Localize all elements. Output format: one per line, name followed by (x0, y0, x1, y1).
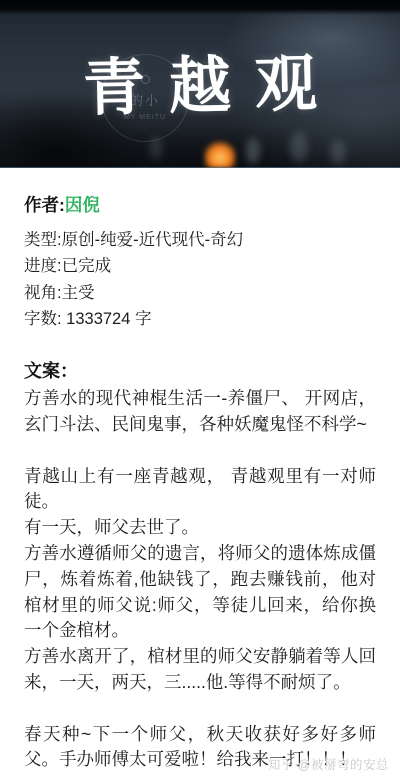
synopsis-paragraph: 青越山上有一座青越观， 青越观里有一对师徒。 (24, 464, 376, 516)
meta-line-pov: 视角:主受 (24, 280, 376, 306)
mist-shape (330, 140, 346, 164)
cover-image[interactable]: 的小 MY MEITU 青越观 (0, 0, 400, 168)
zhihu-user-watermark: 知乎 @被掰弯的安总 (268, 755, 389, 773)
mist-shape (150, 136, 162, 160)
novel-info-section: 作者:因倪 类型:原创-纯爱-近代现代-奇幻 进度:已完成 视角:主受 字数: … (0, 168, 400, 773)
synopsis-paragraph: 方善水离开了，棺材里的师父安静躺着等人回来，一天，两天，三.....他.等得不耐… (24, 644, 376, 696)
author-label: 作者: (24, 195, 65, 215)
meta-block: 类型:原创-纯爱-近代现代-奇幻 进度:已完成 视角:主受 字数: 133372… (24, 227, 376, 332)
meta-line-type: 类型:原创-纯爱-近代现代-奇幻 (24, 227, 376, 253)
novel-title-calligraphy: 青越观 (0, 36, 400, 136)
author-line: 作者:因倪 (24, 192, 376, 218)
flame-glow (204, 141, 236, 168)
synopsis-paragraph: 方善水的现代神棍生活一-养僵尸、 开网店，玄门斗法、民间鬼事，各种妖魔鬼怪不科学… (24, 386, 376, 438)
mist-shape (246, 138, 260, 164)
meta-line-progress: 进度:已完成 (24, 253, 376, 279)
synopsis-body: 方善水的现代神棍生活一-养僵尸、 开网店，玄门斗法、民间鬼事，各种妖魔鬼怪不科学… (24, 386, 376, 773)
mist-shape (290, 132, 308, 162)
synopsis-heading: 文案： (24, 358, 376, 384)
author-link[interactable]: 因倪 (65, 195, 100, 215)
synopsis-paragraph: 有一天，师父去世了。 (24, 515, 376, 541)
meta-line-wordcount: 字数: 1333724 字 (24, 306, 376, 332)
synopsis-paragraph: 方善水遵循师父的遗言，将师父的遗体炼成僵尸，炼着炼着,他缺钱了，跑去赚钱前，他对… (24, 541, 376, 644)
